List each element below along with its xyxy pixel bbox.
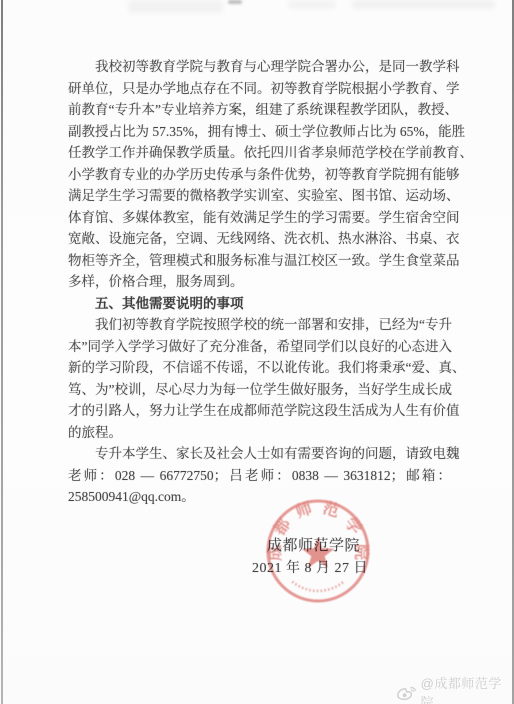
body-line: 物柜等齐全，管理模式和服务标准与温江校区一致。学生食堂菜品	[68, 250, 451, 272]
photo-smudge	[128, 0, 223, 13]
weibo-watermark: @成都师范学院	[396, 673, 514, 704]
weibo-icon	[396, 684, 418, 701]
photo-smudge	[288, 0, 336, 9]
body-line: 笃、为”校训，尽心尽力为每一位学生做好服务，当好学生成长成	[68, 379, 451, 401]
body-line: 我们初等教育学院按照学校的统一部署和安排，已经为“专升	[68, 314, 451, 336]
body-line: 前教育“专升本”专业培养方案，组建了系统课程教学团队，教授、	[68, 99, 451, 121]
page-left-edge	[1, 0, 3, 704]
photo-smudge	[352, 0, 495, 9]
seal-bottom-microtext	[292, 582, 343, 591]
body-line: 的旅程。	[68, 422, 451, 444]
body-line: 我校初等教育学院与教育与心理学院合署办公，是同一教学科	[68, 56, 451, 78]
body-line: 宽敞、设施完备，空调、无线网络、洗衣机、热水淋浴、书桌、衣	[68, 228, 451, 250]
notice-body: 我校初等教育学院与教育与心理学院合署办公，是同一教学科 研单位，只是办学地点存在…	[68, 56, 451, 508]
document-page: 我校初等教育学院与教育与心理学院合署办公，是同一教学科 研单位，只是办学地点存在…	[0, 0, 514, 704]
body-line: 新的学习阶段，不信谣不传谣，不以讹传讹。我们将秉承“爱、真、	[68, 357, 451, 379]
body-line: 258500941@qq.com。	[68, 486, 451, 508]
seal-star-icon	[302, 537, 334, 568]
body-line: 副教授占比为 57.35%，拥有博士、硕士学位教师占比为 65%，能胜	[68, 121, 451, 143]
body-line: 体育馆、多媒体教室，能有效满足学生的学习需要。学生宿舍空间	[68, 207, 451, 229]
official-seal: 成都师范学院	[265, 498, 371, 604]
body-line: 多样，价格合理，服务周到。	[68, 271, 451, 293]
weibo-handle: @成都师范学院	[421, 673, 514, 704]
section-heading: 五、其他需要说明的事项	[68, 293, 451, 315]
photo-smudge	[228, 0, 242, 4]
body-line: 老师：028 — 66772750；吕老师：0838 — 3631812；邮箱：	[68, 465, 451, 487]
body-line: 本”同学入学学习做好了充分准备，希望同学们以良好的心态进入	[68, 336, 451, 358]
body-line: 小学教育专业的办学历史传承与条件优势，初等教育学院拥有能够	[68, 164, 451, 186]
body-line: 专升本学生、家长及社会人士如有需要咨询的问题，请致电魏	[68, 443, 451, 465]
body-line: 满足学生学习需要的微格教学实训室、实验室、图书馆、运动场、	[68, 185, 451, 207]
body-line: 研单位，只是办学地点存在不同。初等教育学院根据小学教育、学	[68, 78, 451, 100]
body-line: 任教学工作并确保教学质量。依托四川省孝泉师范学校在学前教育、	[68, 142, 451, 164]
body-line: 才的引路人，努力让学生在成都师范学院这段生活成为人生有价值	[68, 400, 451, 422]
